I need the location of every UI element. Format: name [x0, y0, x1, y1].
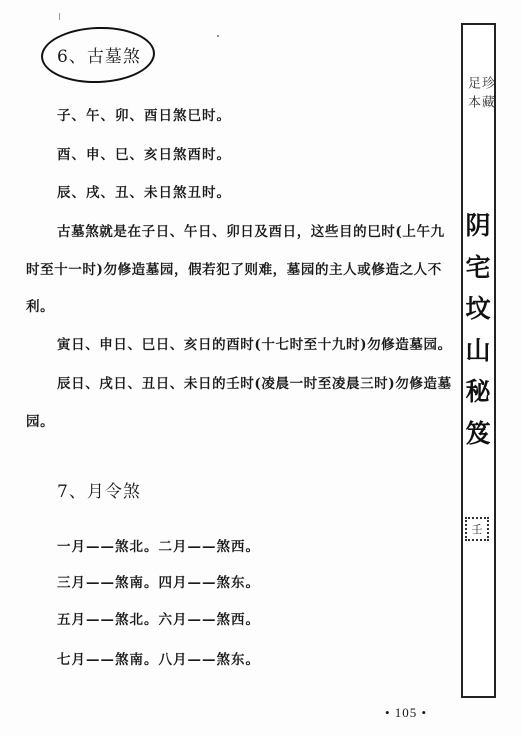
paragraph-line: 寅日、申日、巳日、亥日的酉时(十七时至十九时)勿修造墓园。 — [57, 337, 452, 353]
book-page: 6、古墓煞 子、午、卯、酉日煞巳时。 酉、申、巳、亥日煞酉时。 辰、戌、丑、未日… — [0, 0, 522, 736]
month-rule-line: 五月——煞北。六月——煞西。 — [57, 612, 260, 628]
page-number: • 105 • — [385, 705, 427, 721]
paragraph-line: 辰日、戌日、丑日、未日的壬时(凌晨一时至凌晨三时)勿修造墓 — [57, 376, 452, 392]
seal-glyph: 壬 — [472, 521, 483, 537]
title-char: 山 — [465, 330, 491, 372]
section-6-heading: 6、古墓煞 — [57, 42, 141, 67]
collection-seal-logo: 珍藏 足本 — [465, 76, 493, 126]
paragraph-line: 古墓煞就是在子日、午日、卯日及酉日，这些目的巳时(上午九 — [57, 224, 445, 240]
vertical-book-title: 阴 宅 坟 山 秘 笈 — [465, 205, 491, 454]
title-char: 笈 — [465, 413, 491, 455]
month-rule-line: 一月——煞北。二月——煞西。 — [57, 539, 260, 555]
seal-stamp-icon: 壬 — [465, 517, 489, 541]
scan-mark — [217, 35, 219, 37]
rule-line: 子、午、卯、酉日煞巳时。 — [57, 108, 231, 124]
title-char: 阴 — [465, 205, 491, 247]
paragraph-line: 利。 — [26, 299, 54, 315]
title-char: 秘 — [465, 371, 491, 413]
rule-line: 酉、申、巳、亥日煞酉时。 — [57, 147, 231, 163]
title-char: 坟 — [465, 288, 491, 330]
rule-line: 辰、戌、丑、未日煞丑时。 — [57, 185, 231, 201]
scan-mark — [59, 13, 60, 20]
title-char: 宅 — [465, 247, 491, 289]
logo-left-column: 足本 — [465, 76, 479, 114]
paragraph-line: 园。 — [26, 414, 54, 430]
section-7-heading: 7、月令煞 — [57, 477, 141, 502]
month-rule-line: 七月——煞南。八月——煞东。 — [57, 652, 260, 668]
logo-right-column: 珍藏 — [479, 76, 493, 114]
paragraph-line: 时至十一时)勿修造墓园，假若犯了则难，墓园的主人或修造之人不 — [26, 262, 442, 278]
month-rule-line: 三月——煞南。四月——煞东。 — [57, 575, 260, 591]
